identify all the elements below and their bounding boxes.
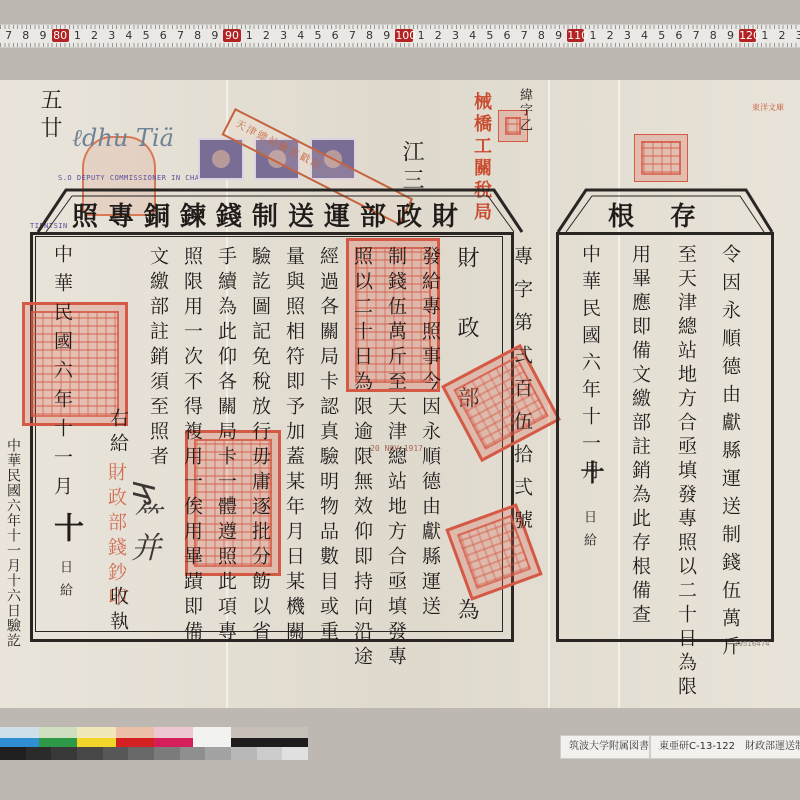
blue-signature: ℓdhu Tiä bbox=[72, 124, 174, 153]
color-swatch bbox=[231, 727, 270, 738]
grayscale-swatch bbox=[77, 747, 103, 760]
stub-top-red-seal bbox=[634, 134, 688, 182]
ruler-mark: 6 bbox=[498, 29, 515, 42]
license-body-column-5: 量與照相符即予加蓋某年月日某機關 bbox=[284, 246, 303, 646]
ruler-mark: 7 bbox=[688, 29, 705, 42]
grayscale-swatch bbox=[257, 747, 283, 760]
license-body-column-8: 照限用一次不得複用一俟用畢蹟即備 bbox=[182, 246, 201, 646]
color-swatch bbox=[0, 727, 39, 738]
license-body-column-1: 發給專照事今因永順德由獻縣運送 bbox=[420, 246, 439, 621]
recipient-label: 右給 bbox=[108, 408, 127, 458]
license-body-column-6: 驗訖圖記免稅放行毋庸逐批分飭以省 bbox=[250, 246, 269, 646]
color-swatch bbox=[193, 738, 232, 747]
color-swatch bbox=[39, 727, 78, 738]
stub-date-column: 中華民國六年十一月 bbox=[580, 244, 599, 487]
ruler-numbers: 7898012345678990123456789100123456789110… bbox=[0, 29, 800, 42]
license-day-number: 十 bbox=[50, 512, 80, 548]
ruler-mark: 4 bbox=[292, 29, 309, 42]
grayscale-swatch bbox=[154, 747, 180, 760]
color-swatch bbox=[270, 727, 309, 738]
date-stamp: 20 NOV 1917 bbox=[370, 444, 423, 453]
stub-body-column-3: 用畢應即備文繳部註銷為此存根備查 bbox=[630, 244, 649, 628]
license-body-column-7: 手續為此仰各關局卡一體遵照此項專 bbox=[216, 246, 235, 646]
license-day-label: 日給 bbox=[58, 560, 71, 606]
color-swatch bbox=[270, 738, 309, 747]
ruler-mark: 90 bbox=[223, 29, 240, 42]
ruler-mark: 2 bbox=[602, 29, 619, 42]
ruler-mark: 2 bbox=[86, 29, 103, 42]
color-swatch bbox=[154, 727, 193, 738]
ruler-mark: 4 bbox=[636, 29, 653, 42]
license-date-column: 中華民國六年十一月 bbox=[52, 244, 71, 505]
grayscale-swatch bbox=[205, 747, 231, 760]
grayscale-swatch bbox=[128, 747, 154, 760]
color-swatch bbox=[77, 738, 116, 747]
ruler-mark: 9 bbox=[722, 29, 739, 42]
ruler-mark: 8 bbox=[705, 29, 722, 42]
ruler-mark: 80 bbox=[52, 29, 69, 42]
issuance-word: 為 bbox=[455, 598, 477, 626]
stub-day-number: 十 bbox=[578, 460, 602, 490]
grayscale-swatch bbox=[51, 747, 77, 760]
stub-body-column-1: 令因永順德由獻縣運送制錢伍萬斤 bbox=[720, 244, 739, 664]
revenue-stamp bbox=[198, 138, 244, 180]
ruler-mark: 1 bbox=[756, 29, 773, 42]
license-body-column-2: 制錢伍萬斤至天津總站地方合亟填發專 bbox=[386, 246, 405, 671]
library-red-mark: 東洋文庫 bbox=[752, 102, 784, 113]
license-body-column-9: 文繳部註銷須至照者 bbox=[148, 246, 167, 471]
ruler-mark: 8 bbox=[533, 29, 550, 42]
ruler-mark: 5 bbox=[653, 29, 670, 42]
ruler-mark: 100 bbox=[395, 29, 412, 42]
color-calibration-chart bbox=[0, 727, 310, 762]
ruler-mark: 3 bbox=[619, 29, 636, 42]
ruler-mark: 2 bbox=[430, 29, 447, 42]
color-swatch bbox=[0, 738, 39, 747]
ruler-mark: 4 bbox=[464, 29, 481, 42]
grayscale-swatch bbox=[231, 747, 257, 760]
paper-fold-line bbox=[548, 80, 550, 708]
ruler-mark: 5 bbox=[309, 29, 326, 42]
measuring-ruler: 7898012345678990123456789100123456789110… bbox=[0, 24, 800, 48]
inspection-note: 緯字乙 bbox=[518, 88, 531, 133]
ruler-mark: 9 bbox=[378, 29, 395, 42]
ruler-mark: 6 bbox=[670, 29, 687, 42]
ruler-mark: 5 bbox=[138, 29, 155, 42]
color-swatch bbox=[193, 727, 232, 738]
ruler-mark: 2 bbox=[258, 29, 275, 42]
ruler-mark: 1 bbox=[584, 29, 601, 42]
serial-number-column: 專字第弍百伍拾弍號 bbox=[512, 246, 531, 543]
ruler-mark: 7 bbox=[516, 29, 533, 42]
ruler-mark: 9 bbox=[34, 29, 51, 42]
ruler-mark: 8 bbox=[361, 29, 378, 42]
ruler-mark: 7 bbox=[0, 29, 17, 42]
ruler-mark: 3 bbox=[791, 29, 800, 42]
color-swatch bbox=[116, 727, 155, 738]
grayscale-swatch bbox=[282, 747, 308, 760]
ruler-mark: 3 bbox=[447, 29, 464, 42]
color-swatch bbox=[154, 738, 193, 747]
ruler-mark: 4 bbox=[120, 29, 137, 42]
ruler-mark: 5 bbox=[481, 29, 498, 42]
stub-title: 存根 bbox=[608, 196, 732, 233]
official-signature: Ꮵ⺮并 bbox=[120, 480, 164, 562]
ruler-mark: 3 bbox=[103, 29, 120, 42]
license-body-column-4: 經過各關局卡認真驗明物品數目或重 bbox=[318, 246, 337, 646]
ruler-mark: 9 bbox=[550, 29, 567, 42]
ruler-mark: 8 bbox=[17, 29, 34, 42]
ruler-mark: 7 bbox=[344, 29, 361, 42]
top-left-handwritten-note: 五廿 bbox=[38, 88, 60, 144]
left-margin-inspection-note: 中華民國六年十一月十六日驗訖 bbox=[6, 438, 20, 648]
ruler-mark: 2 bbox=[773, 29, 790, 42]
ruler-mark: 110 bbox=[567, 29, 584, 42]
ruler-mark: 9 bbox=[206, 29, 223, 42]
stub-body-column-2: 至天津總站地方合亟填發專照以二十日為限 bbox=[676, 244, 695, 700]
grayscale-swatch bbox=[26, 747, 52, 760]
color-swatch bbox=[39, 738, 78, 747]
library-label: 筑波大学附属図書館 bbox=[560, 735, 650, 759]
color-swatch bbox=[116, 738, 155, 747]
ruler-mark: 1 bbox=[69, 29, 86, 42]
stub-day-label: 日給 bbox=[582, 510, 595, 556]
ruler-mark: 6 bbox=[155, 29, 172, 42]
main-license-title: 財政部運送制錢鍊銅專照 bbox=[72, 196, 468, 233]
ruler-mark: 1 bbox=[413, 29, 430, 42]
receive-label: 收執 bbox=[108, 586, 127, 636]
ruler-mark: 3 bbox=[275, 29, 292, 42]
license-body-column-3: 照以二十日為限逾限無效仰即持向沿途 bbox=[352, 246, 371, 671]
archive-number: 19516474 bbox=[734, 640, 770, 648]
ruler-mark: 8 bbox=[189, 29, 206, 42]
ruler-mark: 7 bbox=[172, 29, 189, 42]
grayscale-swatch bbox=[0, 747, 26, 760]
ruler-mark: 1 bbox=[241, 29, 258, 42]
grayscale-swatch bbox=[180, 747, 206, 760]
grayscale-swatch bbox=[103, 747, 129, 760]
violet-customs-stamp: S.O DEPUTY COMMISSIONER IN CHARGE bbox=[58, 174, 214, 182]
ruler-mark: 6 bbox=[327, 29, 344, 42]
ruler-mark: 120 bbox=[739, 29, 756, 42]
color-swatch bbox=[77, 727, 116, 738]
color-swatch bbox=[231, 738, 270, 747]
catalog-label: 東亜研C-13-122 財政部運送制銭錬銅専照・存根 bbox=[650, 735, 800, 759]
